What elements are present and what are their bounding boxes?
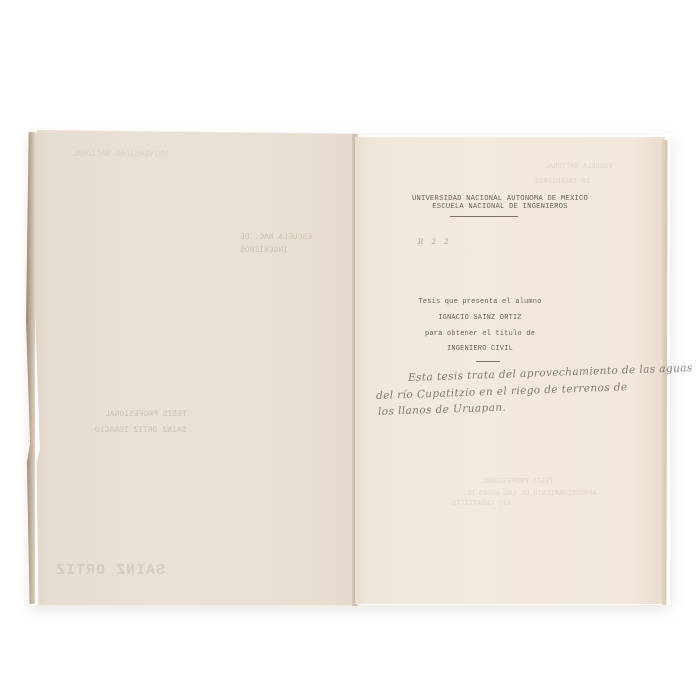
degree-title: INGENIERO CIVIL: [380, 345, 580, 353]
right-bleed-through-text: ESCUELA NACIONAL: [545, 163, 612, 171]
right-bleed-through-text: DE INGENIEROS: [535, 178, 590, 186]
to-obtain-label: para obtener el título de: [380, 330, 580, 338]
right-bleed-through-text: TESIS PROFESIONAL: [482, 478, 553, 486]
pencil-mark: R 2 2: [418, 238, 452, 246]
right-bleed-through-text: APROVECHAMIENTO DE LAS AGUAS DEL: [462, 490, 596, 498]
photo-scene: UNIVERSIDAD NACIONAL ESCUELA NAC. DE ING…: [0, 0, 700, 700]
institution-line-1: UNIVERSIDAD NACIONAL AUTONOMA DE MEXICO: [380, 195, 620, 203]
title-rule: [450, 216, 518, 217]
right-bleed-through-text: RIO CUPATITZIO: [452, 500, 511, 508]
left-bleed-through-text: SAINZ ORTIZ: [55, 562, 165, 579]
left-cover-edge: [26, 132, 35, 604]
presented-by-label: Tesis que presenta el alumno: [380, 298, 580, 306]
left-bleed-through-text: UNIVERSIDAD NACIONAL: [72, 150, 168, 159]
institution-line-2: ESCUELA NACIONAL DE INGENIEROS: [380, 203, 620, 211]
left-bleed-through-text: SAINZ ORTIZ IGNACIO: [95, 426, 186, 435]
student-name: IGNACIO SAINZ ORTIZ: [380, 314, 580, 322]
left-bleed-through-text: TESIS PROFESIONAL: [105, 410, 187, 419]
left-bleed-through-text: ESCUELA NAC. DE: [240, 233, 312, 242]
left-cover-page: [28, 130, 355, 605]
degree-rule: [476, 361, 500, 362]
left-bleed-through-text: INGENIEROS: [240, 246, 288, 255]
